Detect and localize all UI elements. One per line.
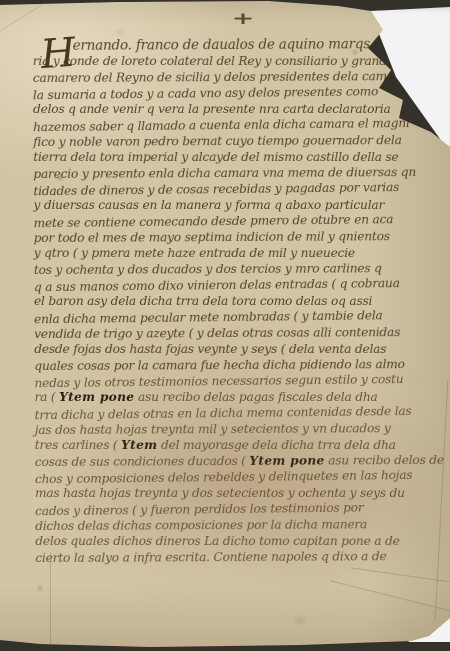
scanned-manuscript-page: + H ernando. franco de daualos de aquino… <box>0 0 450 651</box>
manuscript-line: dichos delas dichas composiciones por la… <box>35 516 431 534</box>
manuscript-line: por todo el mes de mayo septima indicion… <box>34 228 430 246</box>
paper-crease <box>0 4 42 32</box>
manuscript-line: desde fojas dos hasta fojas veynte y sey… <box>34 341 430 357</box>
manuscript-line: tres carlines ( Ytem del mayorasge dela … <box>35 437 431 453</box>
manuscript-line: ernando. franco de daualos de aquino mar… <box>33 36 429 54</box>
paper-crease <box>330 580 450 612</box>
manuscript-line: delos quales dichos dineros La dicho tom… <box>35 533 431 549</box>
manuscript-line: ria y conde de loreto colateral del Rey … <box>33 53 429 69</box>
manuscript-line: jas dos hasta hojas treynta mil y seteci… <box>35 420 431 438</box>
paper-crease <box>435 380 449 620</box>
manuscript-line: tierra dela tora imperial y alcayde del … <box>33 149 429 165</box>
invocation-cross-mark: + <box>219 8 267 30</box>
manuscript-text: H ernando. franco de daualos de aquino m… <box>33 36 432 566</box>
manuscript-line: fico y noble varon pedro bernat cuyo tie… <box>33 132 429 150</box>
manuscript-leaf: + H ernando. franco de daualos de aquino… <box>0 0 450 651</box>
manuscript-line: vendida de trigo y azeyte ( y delas otra… <box>34 324 430 342</box>
manuscript-line: cierto la salyo a infra escrita. Contien… <box>35 548 431 566</box>
manuscript-line: y qtro ( y pmera mete haze entrada de mi… <box>34 245 430 261</box>
paper-crease <box>50 552 51 646</box>
paper-crease <box>350 567 450 583</box>
